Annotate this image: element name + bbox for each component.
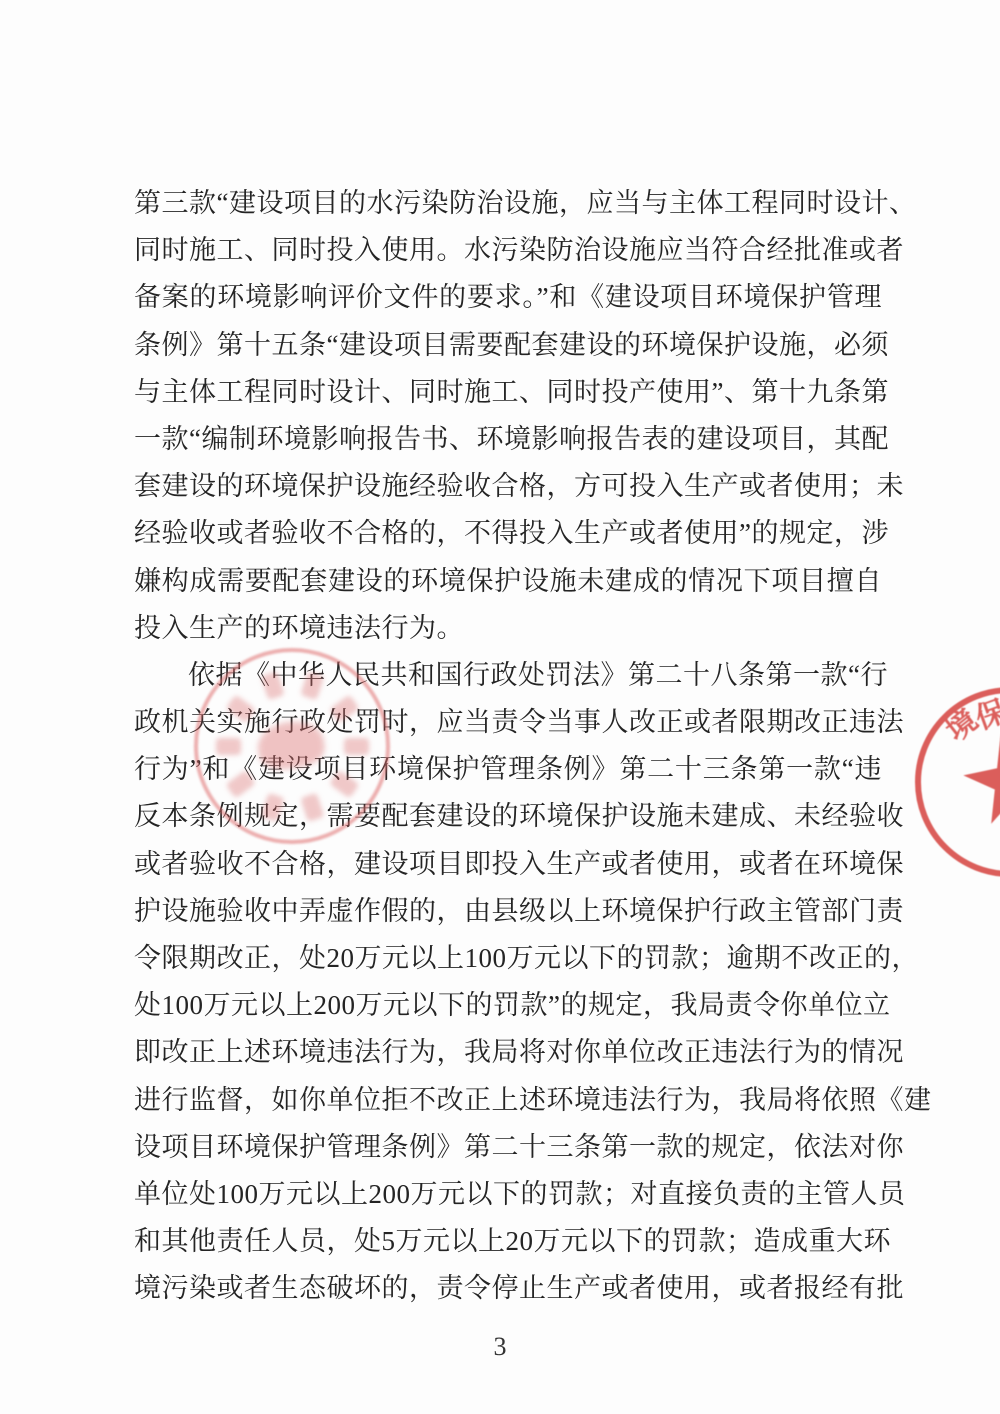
body-line: 依据《中华人民共和国行政处罚法》第二十八条第一款“行 <box>134 652 882 699</box>
body-line: 备案的环境影响评价文件的要求。”和《建设项目环境保护管理 <box>134 274 882 321</box>
body-line: 经验收或者验收不合格的，不得投入生产或者使用”的规定，涉 <box>134 510 882 557</box>
body-line: 嫌构成需要配套建设的环境保护设施未建成的情况下项目擅自 <box>134 558 882 605</box>
body-line: 单位处100万元以上200万元以下的罚款；对直接负责的主管人员 <box>134 1171 882 1218</box>
seal-text-char: 保 <box>968 686 1000 738</box>
body-line: 一款“编制环境影响报告书、环境影响报告表的建设项目，其配 <box>134 416 882 463</box>
body-line: 行为”和《建设项目环境保护管理条例》第二十三条第一款“违 <box>134 746 882 793</box>
body-line: 第三款“建设项目的水污染防治设施，应当与主体工程同时设计、 <box>134 180 882 227</box>
body-line: 与主体工程同时设计、同时施工、同时投产使用”、第十九条第 <box>134 369 882 416</box>
body-line: 即改正上述环境违法行为，我局将对你单位改正违法行为的情况 <box>134 1029 882 1076</box>
body-line: 同时施工、同时投入使用。水污染防治设施应当符合经批准或者 <box>134 227 882 274</box>
body-line: 反本条例规定，需要配套建设的环境保护设施未建成、未经验收 <box>134 793 882 840</box>
page-number: 3 <box>0 1332 1000 1362</box>
official-seal-red: ★ 境 保 <box>915 687 1000 877</box>
seal-text-char: 境 <box>935 696 986 749</box>
body-line: 政机关实施行政处罚时，应当责令当事人改正或者限期改正违法 <box>134 699 882 746</box>
document-page: 第三款“建设项目的水污染防治设施，应当与主体工程同时设计、 同时施工、同时投入使… <box>0 0 1000 1414</box>
body-text-block: 第三款“建设项目的水污染防治设施，应当与主体工程同时设计、 同时施工、同时投入使… <box>134 180 882 1313</box>
body-line: 和其他责任人员，处5万元以上20万元以下的罚款；造成重大环 <box>134 1218 882 1265</box>
body-line: 令限期改正，处20万元以上100万元以下的罚款；逾期不改正的， <box>134 935 882 982</box>
star-icon: ★ <box>946 709 1000 846</box>
body-line: 护设施验收中弄虚作假的，由县级以上环境保护行政主管部门责 <box>134 888 882 935</box>
body-line: 处100万元以上200万元以下的罚款”的规定，我局责令你单位立 <box>134 982 882 1029</box>
body-line: 条例》第十五条“建设项目需要配套建设的环境保护设施，必须 <box>134 322 882 369</box>
body-line: 投入生产的环境违法行为。 <box>134 605 882 652</box>
body-line: 设项目环境保护管理条例》第二十三条第一款的规定，依法对你 <box>134 1124 882 1171</box>
body-line: 或者验收不合格，建设项目即投入生产或者使用，或者在环境保 <box>134 841 882 888</box>
body-line: 套建设的环境保护设施经验收合格，方可投入生产或者使用；未 <box>134 463 882 510</box>
body-line: 进行监督，如你单位拒不改正上述环境违法行为，我局将依照《建 <box>134 1077 882 1124</box>
seal-circle <box>915 687 1000 877</box>
body-line: 境污染或者生态破坏的，责令停止生产或者使用，或者报经有批 <box>134 1265 882 1312</box>
